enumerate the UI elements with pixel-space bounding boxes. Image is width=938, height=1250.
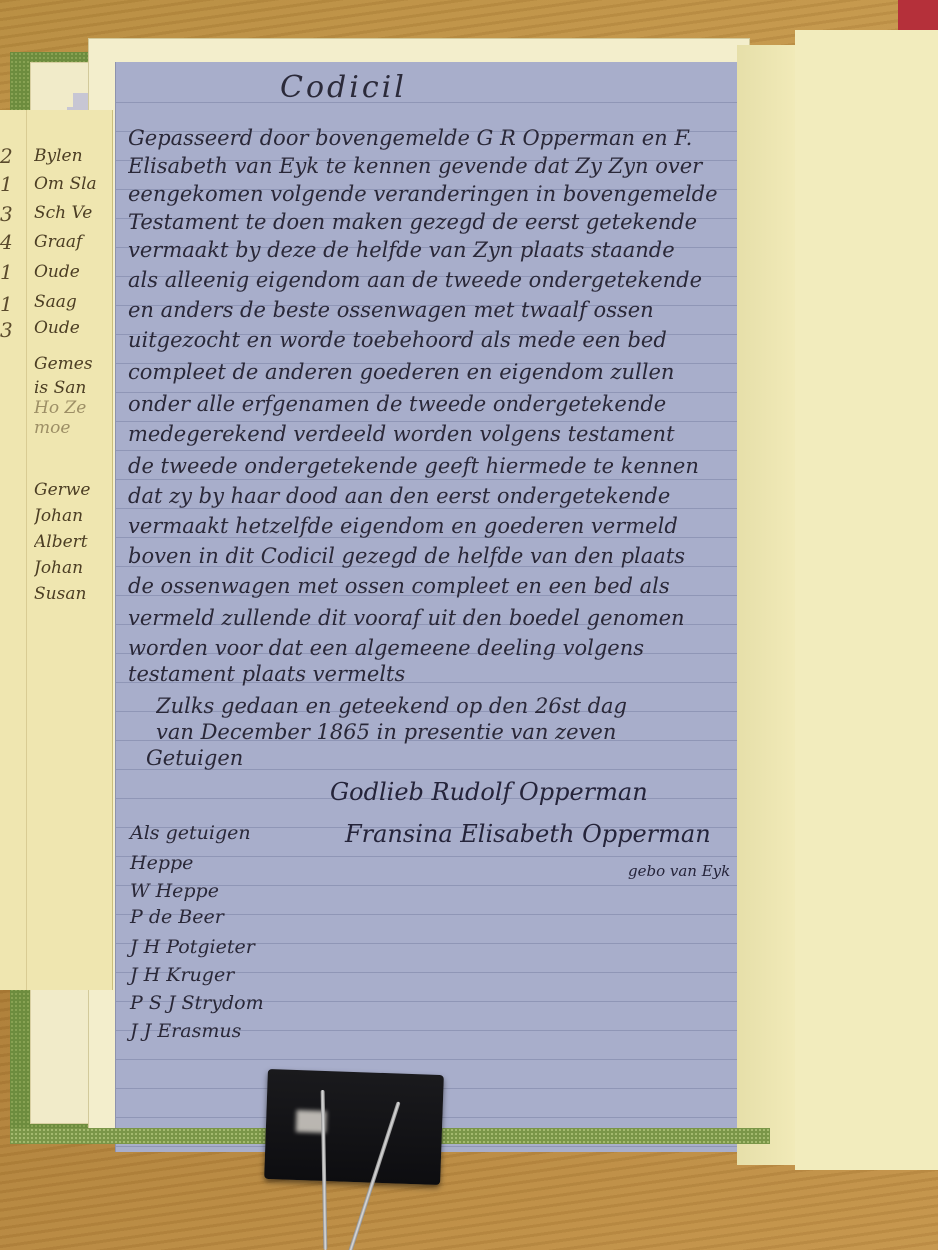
body-line: medegerekend verdeeld worden volgens tes… xyxy=(128,420,734,448)
witness-name: W Heppe xyxy=(130,880,219,902)
margin-word: Graaf xyxy=(34,232,110,252)
signature-fransina-opperman: Fransina Elisabeth Opperman xyxy=(345,820,711,848)
body-line: boven in dit Codicil gezegd de helfde va… xyxy=(128,542,734,570)
margin-word: Gemes xyxy=(34,354,110,374)
left-page-fragment: 2 1 3 4 1 1 3 Bylen Om Sla Sch Ve Graaf … xyxy=(0,110,113,990)
body-line: Gepasseerd door bovengemelde G R Opperma… xyxy=(128,124,734,152)
margin-number: 4 xyxy=(0,230,13,254)
right-blank-page xyxy=(795,30,938,1170)
body-line: vermaakt hetzelfde eigendom en goederen … xyxy=(128,512,734,540)
witness-name: P S J Strydom xyxy=(130,992,264,1014)
right-page-fold xyxy=(737,45,796,1165)
witness-name: J H Potgieter xyxy=(130,936,255,958)
margin-word: Oude xyxy=(34,318,110,338)
body-line: worden voor dat een algemeene deeling vo… xyxy=(128,634,734,662)
body-line: de tweede ondergetekende geeft hiermede … xyxy=(128,452,734,480)
margin-word: Oude xyxy=(34,262,110,282)
margin-word: Om Sla xyxy=(34,174,110,194)
margin-word: Susan xyxy=(34,584,110,604)
body-line: de ossenwagen met ossen compleet en een … xyxy=(128,572,734,600)
margin-word: Bylen xyxy=(34,146,110,166)
body-line: als alleenig eigendom aan de tweede onde… xyxy=(128,266,734,294)
margin-line xyxy=(26,110,27,990)
witness-name: P de Beer xyxy=(130,906,224,928)
witness-name: Heppe xyxy=(130,852,193,874)
margin-word: Saag xyxy=(34,292,110,312)
margin-word: Albert xyxy=(34,532,110,552)
body-line: en anders de beste ossenwagen met twaalf… xyxy=(128,296,734,324)
witnesses-heading: Als getuigen xyxy=(130,822,251,844)
body-line: vermeld zullende dit vooraf uit den boed… xyxy=(128,604,734,632)
body-line: Elisabeth van Eyk te kennen gevende dat … xyxy=(128,152,734,180)
margin-number: 1 xyxy=(0,260,13,284)
body-line: Testament te doen maken gezegd de eerst … xyxy=(128,208,734,236)
margin-word: Johan xyxy=(34,558,110,578)
binder-clip xyxy=(264,1069,444,1185)
margin-word: is San xyxy=(34,378,110,398)
signature-note: gebo van Eyk xyxy=(628,862,730,880)
closing-line: van December 1865 in presentie van zeven xyxy=(156,718,762,746)
body-line: compleet de anderen goederen en eigendom… xyxy=(128,358,734,386)
closing-line: Getuigen xyxy=(146,744,752,772)
witness-name: J H Kruger xyxy=(130,964,234,986)
body-line: vermaakt by deze de helfde van Zyn plaat… xyxy=(128,236,734,264)
margin-number: 2 xyxy=(0,144,13,168)
margin-word: Gerwe xyxy=(34,480,110,500)
witness-name: J J Erasmus xyxy=(130,1020,241,1042)
closing-line: Zulks gedaan en geteekend op den 26st da… xyxy=(156,692,762,720)
margin-number: 1 xyxy=(0,292,13,316)
signature-godlieb-opperman: Godlieb Rudolf Opperman xyxy=(330,778,648,806)
red-object-corner xyxy=(898,0,938,30)
body-line: uitgezocht en worde toebehoord als mede … xyxy=(128,326,734,354)
margin-number: 1 xyxy=(0,172,13,196)
margin-number: 3 xyxy=(0,202,13,226)
margin-word: Ho Ze xyxy=(34,398,110,418)
margin-word: Sch Ve xyxy=(34,203,110,223)
margin-word: Johan xyxy=(34,506,110,526)
document-title: Codicil xyxy=(280,70,407,105)
margin-number: 3 xyxy=(0,318,13,342)
body-line: eengekomen volgende veranderingen in bov… xyxy=(128,180,734,208)
margin-word: moe xyxy=(34,418,110,438)
body-line: dat zy by haar dood aan den eerst onderg… xyxy=(128,482,734,510)
body-line: onder alle erfgenamen de tweede onderget… xyxy=(128,390,734,418)
body-line: testament plaats vermelts xyxy=(128,660,734,688)
